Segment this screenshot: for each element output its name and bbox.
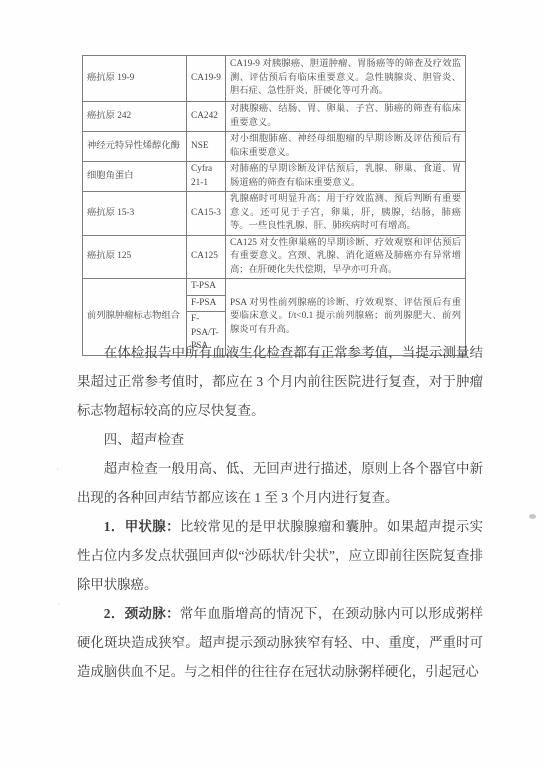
paragraph-reference-values: 在体检报告中所有血液生化检查都有正常参考值，当提示测量结果超过正常参考值时，都应…	[77, 338, 483, 425]
marker-name-cell: 癌抗原 125	[83, 235, 187, 279]
paragraph-thyroid: 1．甲状腺：比较常见的是甲状腺腺瘤和囊肿。如果超声提示实性占位内多发点状强回声似…	[77, 512, 483, 599]
scan-speck	[57, 468, 59, 470]
table-row: 癌抗原 19-9 CA19-9 CA19-9 对胰腺癌、胆道肿瘤、胃肠癌等的筛查…	[83, 56, 466, 102]
marker-abbr-cell: Cyfra 21-1	[187, 162, 226, 192]
marker-name-cell: 癌抗原 15-3	[83, 192, 187, 236]
table-row: 细胞角蛋白 Cyfra 21-1 对肺癌的早期诊断及评估预后，乳腺、卵巢、食道、…	[83, 162, 466, 192]
table-row: 癌抗原 15-3 CA15-3 乳腺癌时可明显升高；用于疗效监测、预后判断有重要…	[83, 192, 466, 236]
table-row: 神经元特异性烯醇化酶 NSE 对小细胞肺癌、神经母细胞瘤的早期诊断及评估预后有临…	[83, 132, 466, 162]
marker-name-cell: 神经元特异性烯醇化酶	[83, 132, 187, 162]
thyroid-item-label: 1．甲状腺：	[104, 519, 180, 534]
marker-desc-cell: CA19-9 对胰腺癌、胆道肿瘤、胃肠癌等的筛查及疗效监测、评估预后有临床重要意…	[226, 56, 466, 102]
marker-abbr-cell: T-PSA	[187, 279, 226, 296]
paragraph-ultrasound-intro: 超声检查一般用高、低、无回声进行描述，原则上各个器官中新出现的各种回声结节都应该…	[77, 454, 483, 512]
carotid-item-label: 2．颈动脉：	[104, 606, 180, 621]
marker-abbr-cell: F-PSA	[187, 295, 226, 312]
marker-desc-cell: 乳腺癌时可明显升高；用于疗效监测、预后判断有重要意义。还可见于子宫，卵巢，肝，胰…	[226, 192, 466, 236]
table-row: 癌抗原 125 CA125 CA125 对女性卵巢癌的早期诊断、疗效观察和评估预…	[83, 235, 466, 279]
paragraph-carotid: 2．颈动脉：常年血脂增高的情况下，在颈动脉内可以形成粥样硬化斑块造成狭窄。超声提…	[77, 599, 483, 686]
marker-abbr-cell: CA19-9	[187, 56, 226, 102]
marker-abbr-cell: NSE	[187, 132, 226, 162]
marker-name-cell: 细胞角蛋白	[83, 162, 187, 192]
scan-speck	[58, 603, 60, 605]
tumor-marker-table: 癌抗原 19-9 CA19-9 CA19-9 对胰腺癌、胆道肿瘤、胃肠癌等的筛查…	[82, 55, 466, 356]
section-heading-ultrasound: 四、超声检查	[77, 425, 483, 454]
marker-abbr-cell: CA15-3	[187, 192, 226, 236]
document-page: 癌抗原 19-9 CA19-9 CA19-9 对胰腺癌、胆道肿瘤、胃肠癌等的筛查…	[0, 0, 543, 768]
marker-name-cell: 癌抗原 19-9	[83, 56, 187, 102]
marker-desc-cell: 对小细胞肺癌、神经母细胞瘤的早期诊断及评估预后有临床重要意义。	[226, 132, 466, 162]
document-body-text: 在体检报告中所有血液生化检查都有正常参考值，当提示测量结果超过正常参考值时，都应…	[77, 338, 483, 686]
table-row: 癌抗原 242 CA242 对胰腺癌、结肠、胃、卵巢、子宫、肺癌的筛查有临床重要…	[83, 102, 466, 132]
marker-abbr-cell: CA125	[187, 235, 226, 279]
marker-desc-cell: 对胰腺癌、结肠、胃、卵巢、子宫、肺癌的筛查有临床重要意义。	[226, 102, 466, 132]
marker-desc-cell: 对肺癌的早期诊断及评估预后，乳腺、卵巢、食道、胃肠道癌的筛查有临床重要意义。	[226, 162, 466, 192]
marker-desc-cell: CA125 对女性卵巢癌的早期诊断、疗效观察和评估预后有重要意义。宫颈、乳腺、消…	[226, 235, 466, 279]
scan-speck	[529, 514, 536, 519]
marker-abbr-cell: CA242	[187, 102, 226, 132]
table-row: 前列腺肿瘤标志物组合 T-PSA PSA 对男性前列腺癌的诊断、疗效观察、评估预…	[83, 279, 466, 296]
marker-name-cell: 癌抗原 242	[83, 102, 187, 132]
